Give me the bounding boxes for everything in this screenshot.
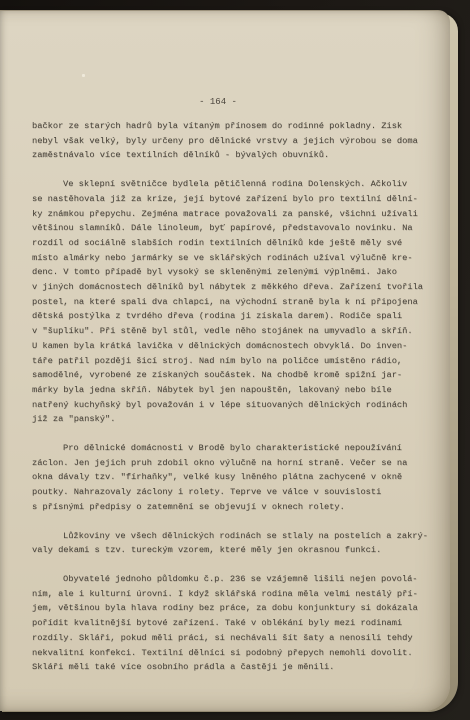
paragraph-3: Pro dělnické domácnosti v Brodě bylo cha… (32, 441, 432, 515)
paper-speck (82, 74, 85, 77)
scanned-book-photo: - 164 - bačkor ze starých hadrů byla vít… (0, 0, 470, 720)
paragraph-4: Lůžkoviny ve všech dělnických rodinách s… (32, 529, 432, 558)
paragraph-5: Obyvatelé jednoho půldomku č.p. 236 se v… (32, 572, 432, 675)
page-number: - 164 - (32, 95, 404, 110)
book-page: - 164 - bačkor ze starých hadrů byla vít… (0, 10, 450, 711)
paragraph-1: bačkor ze starých hadrů byla vítaným pří… (32, 119, 432, 163)
paragraph-2: Ve sklepní světničce bydlela pětičlenná … (32, 177, 432, 427)
